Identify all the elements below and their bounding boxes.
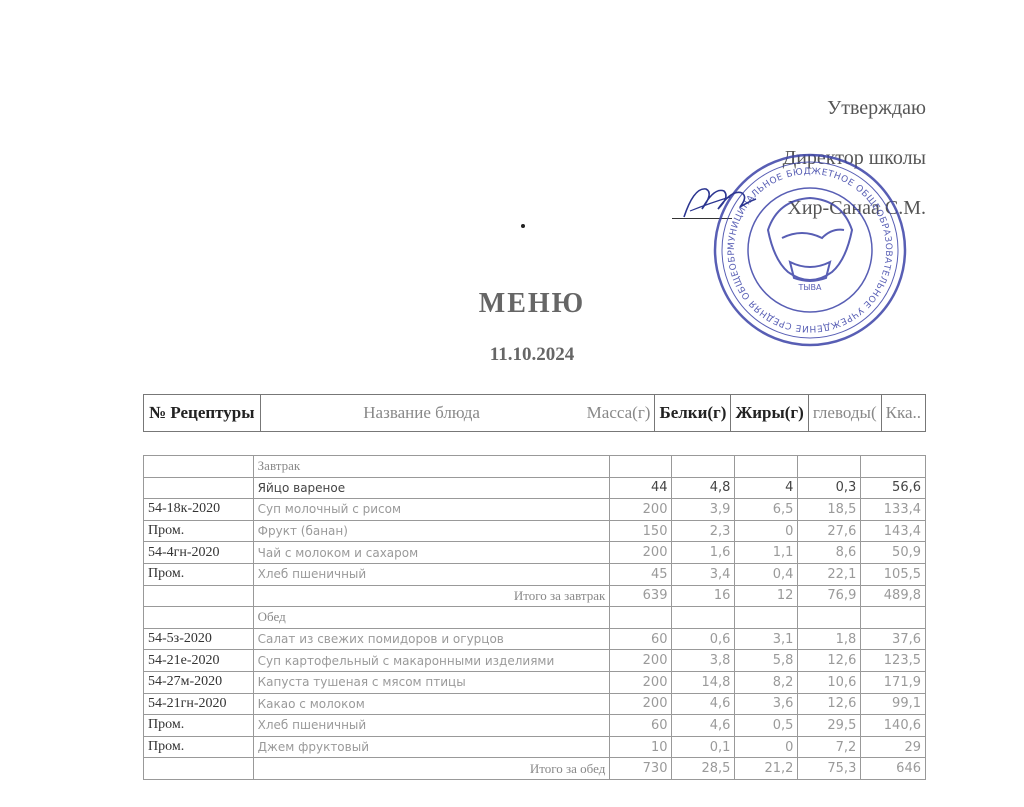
table-row: Пром.Джем фруктовый100,107,229 [144, 736, 926, 758]
cell-carbs: 1,8 [798, 628, 861, 650]
cell-mass: 150 [610, 520, 672, 542]
cell-fat: 0,5 [735, 715, 798, 737]
signature-icon [680, 183, 760, 223]
cell-code [144, 585, 254, 607]
header-recipe-no: № Рецептуры [144, 395, 261, 432]
cell-name: Джем фруктовый [253, 736, 610, 758]
cell-name: Суп молочный с рисом [253, 499, 610, 521]
cell-mass: 200 [610, 671, 672, 693]
cell-name: Хлеб пшеничный [253, 715, 610, 737]
table-row: 54-4гн-2020Чай с молоком и сахаром2001,6… [144, 542, 926, 564]
cell-mass: 639 [610, 585, 672, 607]
cell-kcal: 133,4 [861, 499, 926, 521]
cell-fat: 4 [735, 477, 798, 499]
section-row: Завтрак [144, 456, 926, 478]
cell-code [144, 607, 254, 629]
header-dish-name: Название блюда [260, 395, 583, 432]
cell-fat: 0,4 [735, 563, 798, 585]
table-row: 54-5з-2020Салат из свежих помидоров и ог… [144, 628, 926, 650]
cell-fat: 3,1 [735, 628, 798, 650]
cell-carbs: 0,3 [798, 477, 861, 499]
cell-fat [735, 607, 798, 629]
cell-kcal: 171,9 [861, 671, 926, 693]
cell-mass: 10 [610, 736, 672, 758]
cell-kcal: 489,8 [861, 585, 926, 607]
cell-kcal [861, 456, 926, 478]
cell-kcal: 143,4 [861, 520, 926, 542]
cell-protein: 2,3 [672, 520, 735, 542]
cell-carbs: 10,6 [798, 671, 861, 693]
table-row: 54-18к-2020Суп молочный с рисом2003,96,5… [144, 499, 926, 521]
cell-code: Пром. [144, 715, 254, 737]
cell-name: Салат из свежих помидоров и огурцов [253, 628, 610, 650]
header-kcal: Кка.. [881, 395, 925, 432]
cell-code: 54-4гн-2020 [144, 542, 254, 564]
cell-code: 54-27м-2020 [144, 671, 254, 693]
cell-kcal [861, 607, 926, 629]
cell-carbs: 22,1 [798, 563, 861, 585]
cell-kcal: 123,5 [861, 650, 926, 672]
cell-protein: 16 [672, 585, 735, 607]
cell-protein: 4,8 [672, 477, 735, 499]
table-row: Пром.Хлеб пшеничный453,40,422,1105,5 [144, 563, 926, 585]
cell-carbs: 75,3 [798, 758, 861, 780]
cell-carbs [798, 607, 861, 629]
cell-name: Итого за обед [253, 758, 610, 780]
cell-fat: 5,8 [735, 650, 798, 672]
cell-protein: 3,9 [672, 499, 735, 521]
header-mass: Масса(г) [583, 395, 655, 432]
total-row: Итого за завтрак639161276,9489,8 [144, 585, 926, 607]
cell-kcal: 99,1 [861, 693, 926, 715]
cell-protein: 4,6 [672, 715, 735, 737]
cell-code [144, 758, 254, 780]
cell-name: Яйцо вареное [253, 477, 610, 499]
cell-fat: 0 [735, 520, 798, 542]
menu-table: ЗавтракЯйцо вареное444,840,356,654-18к-2… [143, 455, 926, 780]
cell-protein: 1,6 [672, 542, 735, 564]
cell-carbs: 18,5 [798, 499, 861, 521]
header-fat: Жиры(г) [731, 395, 808, 432]
cell-kcal: 56,6 [861, 477, 926, 499]
cell-mass: 200 [610, 650, 672, 672]
cell-fat: 12 [735, 585, 798, 607]
cell-name: Капуста тушеная с мясом птицы [253, 671, 610, 693]
cell-code: Пром. [144, 563, 254, 585]
cell-mass: 60 [610, 715, 672, 737]
cell-mass [610, 456, 672, 478]
cell-mass: 730 [610, 758, 672, 780]
table-row: 54-27м-2020Капуста тушеная с мясом птицы… [144, 671, 926, 693]
cell-kcal: 646 [861, 758, 926, 780]
cell-protein: 14,8 [672, 671, 735, 693]
cell-code: Пром. [144, 520, 254, 542]
header-carbs: глеводы( [808, 395, 881, 432]
cell-carbs: 12,6 [798, 693, 861, 715]
stray-mark [521, 224, 525, 228]
table-row: 54-21е-2020Суп картофельный с макаронным… [144, 650, 926, 672]
cell-fat: 21,2 [735, 758, 798, 780]
cell-fat: 6,5 [735, 499, 798, 521]
cell-fat: 1,1 [735, 542, 798, 564]
cell-name: Какао с молоком [253, 693, 610, 715]
table-header: № Рецептуры Название блюда Масса(г) Белк… [143, 394, 926, 432]
cell-code: 54-21гн-2020 [144, 693, 254, 715]
cell-protein [672, 607, 735, 629]
cell-carbs [798, 456, 861, 478]
section-row: Обед [144, 607, 926, 629]
cell-mass: 60 [610, 628, 672, 650]
cell-kcal: 29 [861, 736, 926, 758]
cell-carbs: 12,6 [798, 650, 861, 672]
cell-code: Пром. [144, 736, 254, 758]
official-stamp-icon: МУНИЦИПАЛЬНОЕ БЮДЖЕТНОЕ ОБЩЕОБРАЗОВАТЕЛЬ… [710, 150, 910, 350]
cell-name: Фрукт (банан) [253, 520, 610, 542]
table-row: Яйцо вареное444,840,356,6 [144, 477, 926, 499]
cell-protein [672, 456, 735, 478]
table-row: Пром.Хлеб пшеничный604,60,529,5140,6 [144, 715, 926, 737]
cell-name: Чай с молоком и сахаром [253, 542, 610, 564]
cell-name: Суп картофельный с макаронными изделиями [253, 650, 610, 672]
cell-carbs: 7,2 [798, 736, 861, 758]
cell-kcal: 50,9 [861, 542, 926, 564]
approval-heading: Утверждаю [827, 97, 926, 120]
cell-name: Обед [253, 607, 610, 629]
cell-protein: 4,6 [672, 693, 735, 715]
cell-code: 54-21е-2020 [144, 650, 254, 672]
cell-name: Хлеб пшеничный [253, 563, 610, 585]
cell-fat: 3,6 [735, 693, 798, 715]
cell-mass: 200 [610, 499, 672, 521]
cell-carbs: 27,6 [798, 520, 861, 542]
cell-kcal: 37,6 [861, 628, 926, 650]
cell-code: 54-5з-2020 [144, 628, 254, 650]
table-row: Пром.Фрукт (банан)1502,3027,6143,4 [144, 520, 926, 542]
total-row: Итого за обед73028,521,275,3646 [144, 758, 926, 780]
cell-mass: 44 [610, 477, 672, 499]
cell-carbs: 29,5 [798, 715, 861, 737]
cell-name: Итого за завтрак [253, 585, 610, 607]
cell-mass: 200 [610, 693, 672, 715]
page-title: МЕНЮ [0, 288, 1024, 320]
cell-protein: 0,6 [672, 628, 735, 650]
cell-mass [610, 607, 672, 629]
cell-fat [735, 456, 798, 478]
cell-name: Завтрак [253, 456, 610, 478]
header-protein: Белки(г) [655, 395, 731, 432]
cell-mass: 200 [610, 542, 672, 564]
cell-code [144, 477, 254, 499]
cell-fat: 0 [735, 736, 798, 758]
cell-kcal: 105,5 [861, 563, 926, 585]
cell-protein: 3,4 [672, 563, 735, 585]
cell-mass: 45 [610, 563, 672, 585]
cell-protein: 3,8 [672, 650, 735, 672]
menu-date: 11.10.2024 [0, 344, 1024, 366]
cell-code: 54-18к-2020 [144, 499, 254, 521]
cell-protein: 28,5 [672, 758, 735, 780]
cell-carbs: 8,6 [798, 542, 861, 564]
cell-kcal: 140,6 [861, 715, 926, 737]
cell-fat: 8,2 [735, 671, 798, 693]
table-row: 54-21гн-2020Какао с молоком2004,63,612,6… [144, 693, 926, 715]
cell-protein: 0,1 [672, 736, 735, 758]
cell-code [144, 456, 254, 478]
cell-carbs: 76,9 [798, 585, 861, 607]
